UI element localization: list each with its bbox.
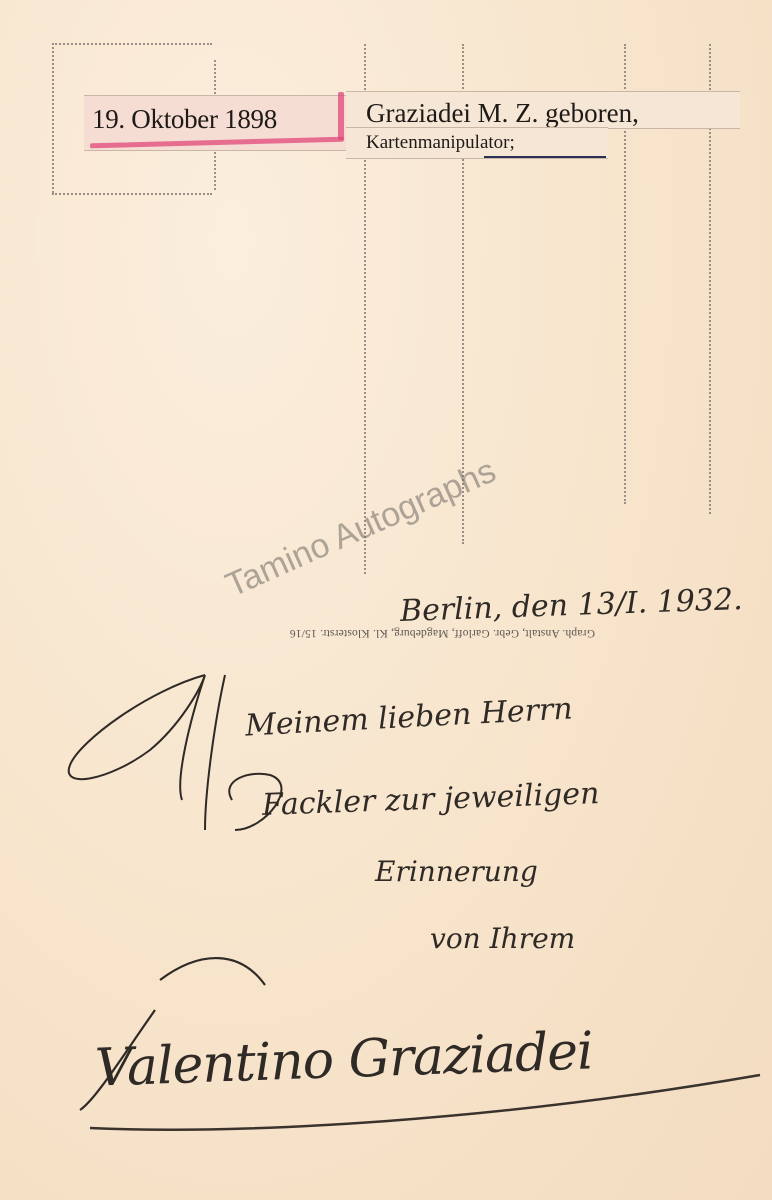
dedication-line-4: von Ihrem xyxy=(430,922,575,955)
flourish-strokes xyxy=(0,0,772,1200)
dedication-line-3: Erinnerung xyxy=(375,855,538,888)
postcard: 19. Oktober 1898 Graziadei M. Z. geboren… xyxy=(0,0,772,1200)
